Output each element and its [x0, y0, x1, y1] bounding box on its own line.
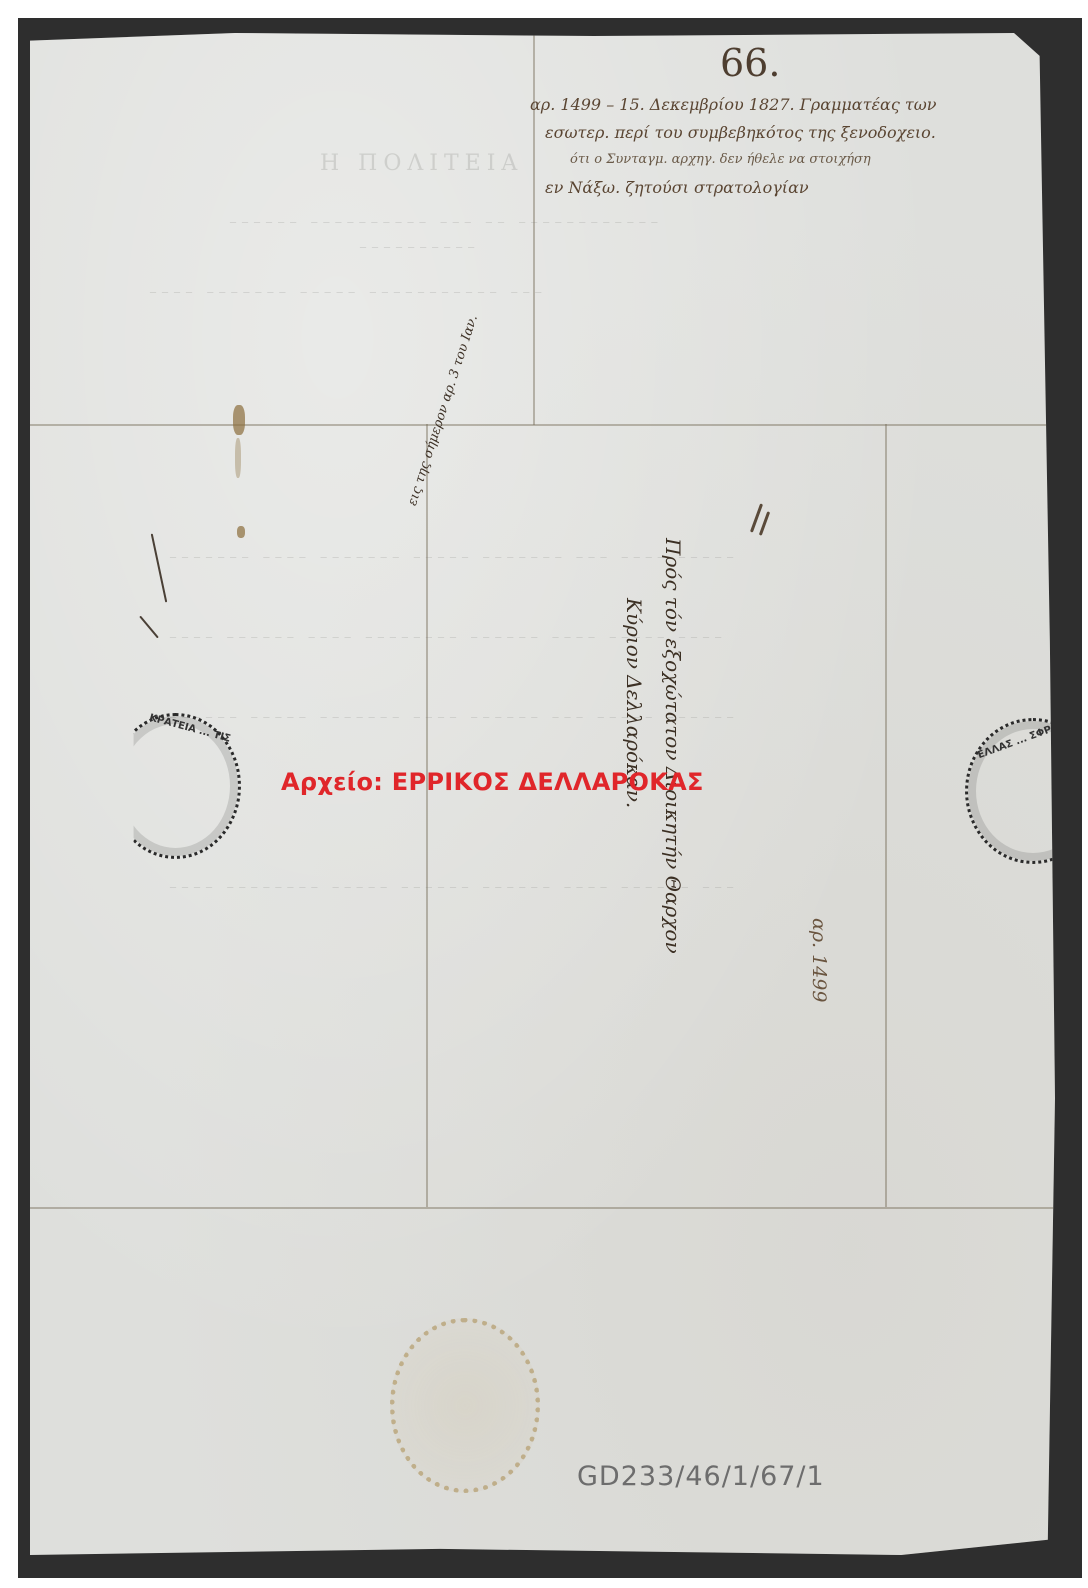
register-number: αρ. 1499	[808, 918, 830, 1002]
ink-mark	[759, 511, 770, 536]
docket-note-line-3: ότι ο Συνταγμ. αρχηγ. δεν ήθελε να στοιχ…	[570, 152, 871, 167]
bleed-through-text: ─────── ──── ─────── ───── ─────── ─── ─…	[170, 553, 739, 564]
marginal-note: εις της σήμερον αρ. 3 του Ιαν.	[405, 313, 481, 507]
stain	[235, 438, 241, 478]
folio-number: 66.	[720, 41, 780, 85]
stain	[233, 405, 245, 435]
docket-note-line-4: εν Νάξω. ζητούσι στρατολογίαν	[545, 178, 809, 197]
archive-reference: GD233/46/1/67/1	[577, 1461, 825, 1492]
fold-line-left-vertical	[426, 424, 428, 1207]
bleed-through-text: ────── ────────── ─── ── ────────────	[230, 218, 663, 229]
docket-note-line-1: αρ. 1499 – 15. Δεκεμβρίου 1827. Γραμματέ…	[530, 95, 937, 114]
fold-line-upper-horizontal	[30, 424, 1055, 426]
ink-mark	[151, 534, 168, 603]
fold-line-lower-horizontal	[30, 1207, 1055, 1209]
seal-bottom	[390, 1318, 540, 1493]
bleed-through-text: ──────────	[360, 243, 480, 254]
docket-note-line-2: εσωτερ. περί του συμβεβηκότος της ξενοδο…	[545, 123, 936, 142]
stain	[237, 526, 245, 538]
bleed-through-text: ────── ───── ─────── ──── ────── ─── ───…	[170, 713, 739, 724]
address-line-1: Πρός τόν εξοχώτατον Διοικητήν Θαρχον	[661, 538, 685, 954]
fold-line-top-vertical	[533, 33, 535, 425]
ink-mark	[139, 616, 159, 639]
archive-watermark: Αρχείο: ΕΡΡΙΚΟΣ ΔΕΛΛΑΡΟΚΑΣ	[281, 768, 704, 796]
bleed-through-text: ──── ──────── ───── ────── ────── ──── ─…	[170, 883, 739, 894]
bleed-through-text: ──── ─────── ───── ─────────── ───	[150, 288, 547, 299]
bleed-through-text: Η ΠΟΛΙΤΕΙΑ	[320, 151, 523, 176]
fold-line-right-vertical	[885, 424, 887, 1207]
